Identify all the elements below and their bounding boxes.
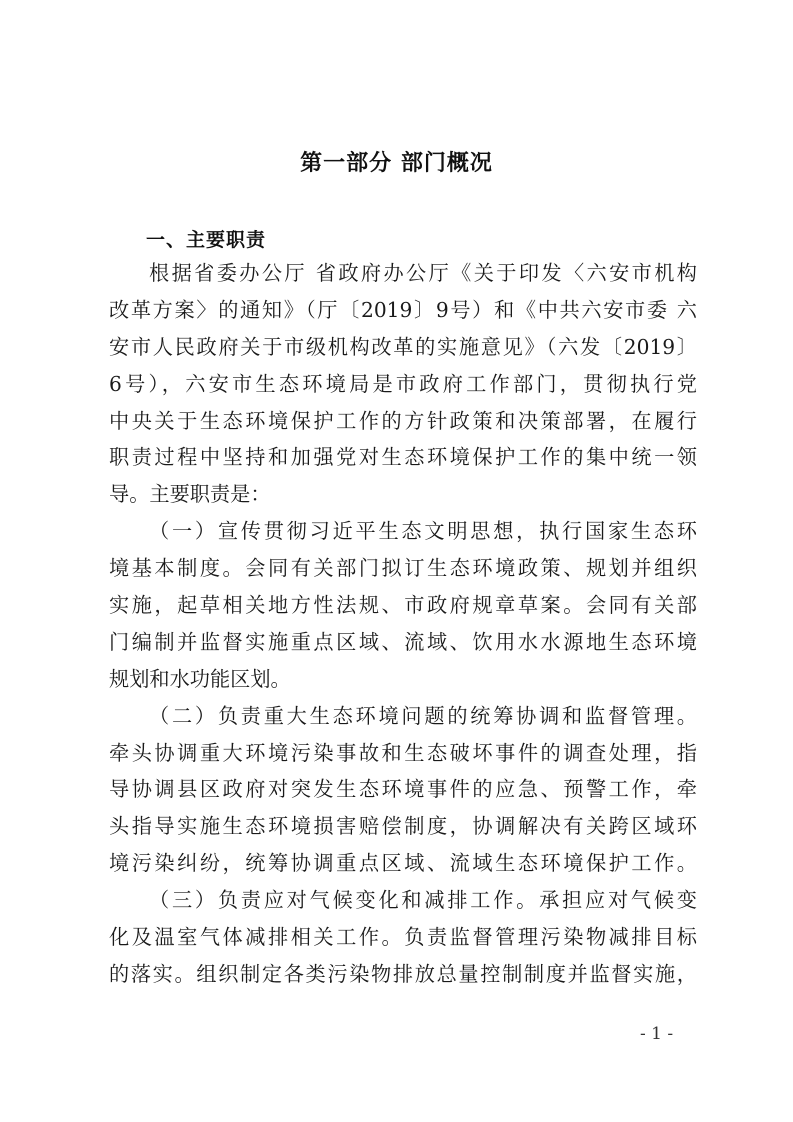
- document-page: 第一部分 部门概况 一、主要职责 根据省委办公厅 省政府办公厅《关于印发〈六安市…: [0, 0, 793, 1122]
- text-line: 安市人民政府关于市级机构改革的实施意见》（六发〔2019〕: [109, 329, 697, 366]
- text-line: 6号），六安市生态环境局是市政府工作部门，贯彻执行党: [109, 366, 697, 403]
- text-line: （二）负责重大生态环境问题的统筹协调和监督管理。: [109, 698, 697, 735]
- text-line: 境污染纠纷，统筹协调重点区域、流域生态环境保护工作。: [109, 845, 697, 882]
- text-line: 境基本制度。会同有关部门拟订生态环境政策、规划并组织: [109, 550, 697, 587]
- text-line: 头指导实施生态环境损害赔偿制度，协调解决有关跨区域环: [109, 808, 697, 845]
- text-line: 门编制并监督实施重点区域、流域、饮用水水源地生态环境: [109, 624, 697, 661]
- text-line: 导。主要职责是：: [109, 476, 697, 513]
- section-heading: 一、主要职责: [146, 225, 266, 252]
- text-line: 改革方案〉的通知》（厅〔2019〕9号）和《中共六安市委 六: [109, 292, 697, 329]
- text-line: 规划和水功能区划。: [109, 661, 697, 698]
- text-line: （一）宣传贯彻习近平生态文明思想，执行国家生态环: [109, 513, 697, 550]
- text-line: （三）负责应对气候变化和减排工作。承担应对气候变: [109, 882, 697, 919]
- text-line: 导协调县区政府对突发生态环境事件的应急、预警工作，牵: [109, 771, 697, 808]
- text-line: 根据省委办公厅 省政府办公厅《关于印发〈六安市机构: [109, 255, 697, 292]
- page-number: - 1 -: [640, 1024, 673, 1044]
- text-line: 化及温室气体减排相关工作。负责监督管理污染物减排目标: [109, 919, 697, 956]
- text-line: 中央关于生态环境保护工作的方针政策和决策部署，在履行: [109, 403, 697, 440]
- text-line: 牵头协调重大环境污染事故和生态破坏事件的调查处理，指: [109, 735, 697, 772]
- text-line: 实施，起草相关地方性法规、市政府规章草案。会同有关部: [109, 587, 697, 624]
- page-title: 第一部分 部门概况: [0, 146, 793, 177]
- text-line: 职责过程中坚持和加强党对生态环境保护工作的集中统一领: [109, 439, 697, 476]
- text-line: 的落实。组织制定各类污染物排放总量控制制度并监督实施，: [109, 956, 697, 993]
- body-text: 根据省委办公厅 省政府办公厅《关于印发〈六安市机构改革方案〉的通知》（厅〔201…: [109, 255, 697, 993]
